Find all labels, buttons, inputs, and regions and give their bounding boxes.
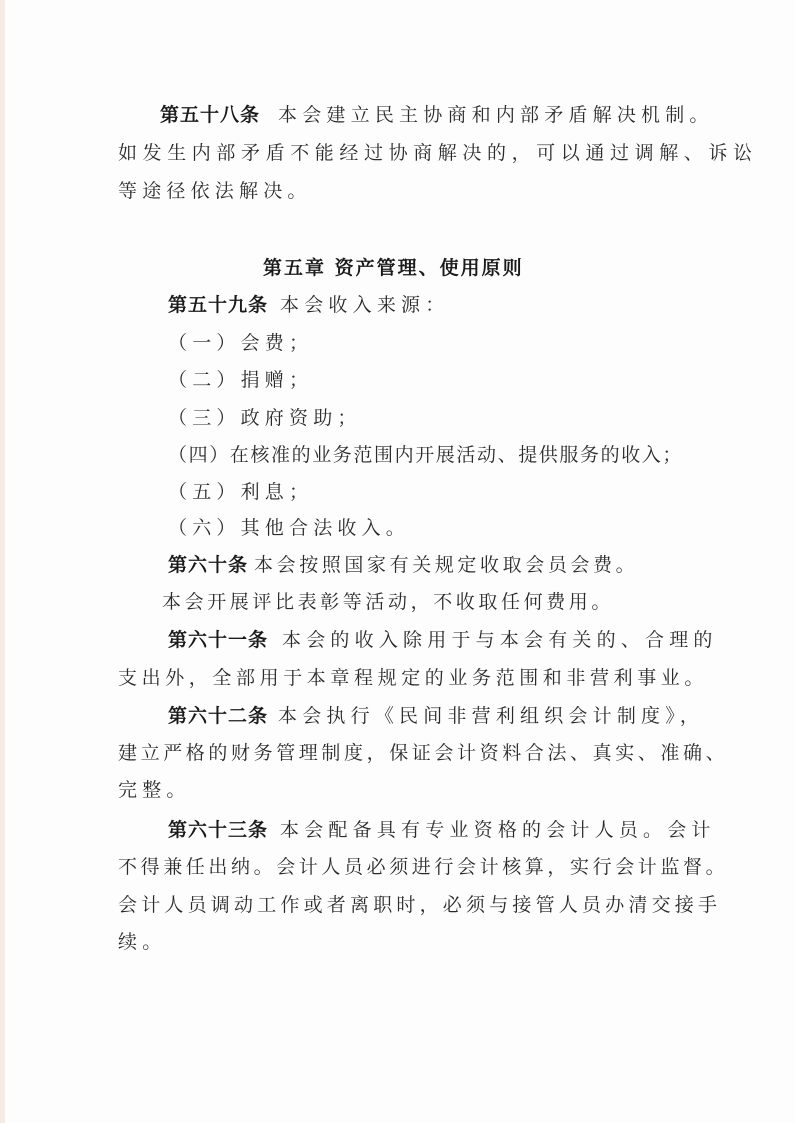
article-63-line-1: 第六十三条本会配备具有专业资格的会计人员。会计 (168, 818, 716, 842)
income-item-4: （四）在核准的业务范围内开展活动、提供服务的收入； (168, 443, 683, 467)
income-item-5: （五）利息； (168, 480, 313, 504)
article-59-intro: 本会收入来源： (280, 294, 449, 316)
article-58-heading: 第五十八条 (160, 104, 260, 126)
article-59-line-1: 第五十九条本会收入来源： (168, 293, 449, 317)
income-item-2: （二）捐赠； (168, 368, 313, 392)
article-58-line-2: 如发生内部矛盾不能经过协商解决的，可以通过调解、诉讼 (118, 141, 758, 165)
page-edge (0, 0, 5, 1123)
article-58-line-3: 等途径依法解决。 (118, 179, 312, 203)
article-61-heading: 第六十一条 (168, 629, 268, 651)
article-63-line-2: 不得兼任出纳。会计人员必须进行会计核算，实行会计监督。 (118, 855, 728, 879)
article-63-text: 本会配备具有专业资格的会计人员。会计 (280, 819, 716, 841)
income-item-6: （六）其他合法收入。 (168, 516, 410, 540)
article-61-line-2: 支出外，全部用于本章程规定的业务范围和非营利事业。 (118, 666, 708, 690)
article-62-line-2: 建立严格的财务管理制度，保证会计资料合法、真实、准确、 (118, 741, 728, 765)
article-61-text: 本会的收入除用于与本会有关的、合理的 (282, 629, 718, 651)
article-61-line-1: 第六十一条本会的收入除用于与本会有关的、合理的 (168, 628, 718, 652)
article-58-text: 本会建立民主协商和内部矛盾解决机制。 (278, 104, 714, 126)
article-60-line-2: 本会开展评比表彰等活动，不收取任何费用。 (162, 590, 614, 614)
article-63-line-3: 会计人员调动工作或者离职时，必须与接管人员办清交接手 (118, 893, 721, 917)
article-62-text: 本会执行《民间非营利组织会计制度》， (278, 705, 704, 727)
article-62-heading: 第六十二条 (168, 705, 268, 727)
article-58-line-1: 第五十八条本会建立民主协商和内部矛盾解决机制。 (160, 103, 714, 127)
article-62-line-3: 完整。 (118, 778, 191, 802)
article-63-heading: 第六十三条 (168, 819, 268, 841)
article-63-line-4: 续。 (118, 930, 166, 954)
article-60-line-1: 第六十条本会按照国家有关规定收取会员会费。 (168, 553, 638, 577)
chapter-title: 第五章 资产管理、使用原则 (263, 256, 524, 280)
article-59-heading: 第五十九条 (168, 294, 268, 316)
article-62-line-1: 第六十二条本会执行《民间非营利组织会计制度》， (168, 704, 704, 728)
article-60-text: 本会按照国家有关规定收取会员会费。 (254, 554, 638, 576)
article-60-heading: 第六十条 (168, 554, 248, 576)
income-item-1: （一）会费； (168, 331, 313, 355)
income-item-3: （三）政府资助； (168, 406, 362, 430)
